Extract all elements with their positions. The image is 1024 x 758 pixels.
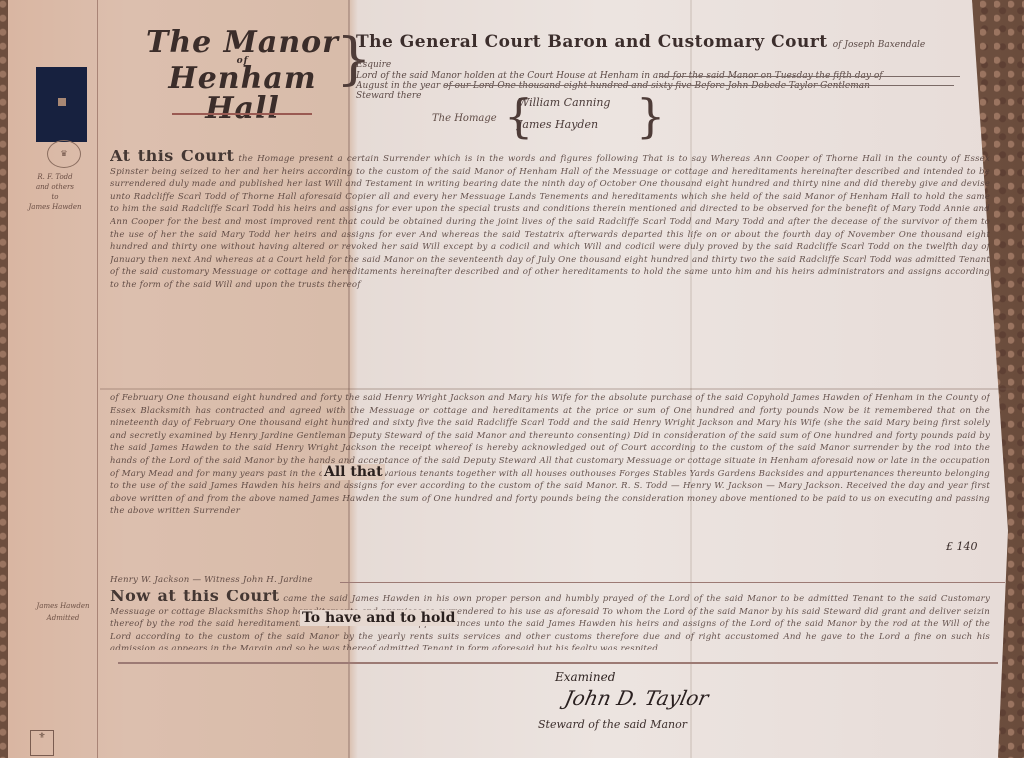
margin-admitted-label: Admitted: [28, 612, 98, 624]
margin-rule: [97, 0, 98, 758]
margin-note-line: James Hawden: [20, 202, 90, 212]
examined-label: Examined: [555, 670, 615, 684]
now-at-this-court-heading: Now at this Court: [110, 590, 280, 605]
margin-admitted-note: James Hawden Admitted: [28, 600, 98, 624]
surrender-terms: of February One thousand eight hundred a…: [110, 392, 990, 572]
surrender-text: of February One thousand eight hundred a…: [110, 393, 990, 516]
brace-icon: }: [636, 88, 665, 144]
witness-line: Henry W. Jackson — Witness John H. Jardi…: [110, 574, 410, 586]
steward-signature: John D. Taylor: [562, 686, 710, 710]
margin-note: R. F. Todd and others to James Hawden: [20, 172, 90, 212]
manor-title-line1: The Manor: [146, 25, 339, 60]
margin-note-line: to: [20, 192, 90, 202]
surrender-recital: At this Court the Homage present a certa…: [110, 150, 990, 388]
stamp-center: [58, 98, 66, 106]
homage-name: William Canning: [518, 92, 610, 114]
court-title: The General Court Baron and Customary Co…: [356, 32, 828, 52]
consideration-amount: £ 140: [946, 540, 978, 553]
margin-note-line: R. F. Todd: [20, 172, 90, 182]
homage-label: The Homage: [432, 113, 497, 124]
habendum-text: the said hereditaments and premises with…: [110, 619, 990, 650]
recital-text: the Homage present a certain Surrender w…: [110, 154, 990, 290]
manor-title: The Manor of Henham Hall: [140, 28, 345, 124]
all-that-heading: All that: [322, 464, 385, 480]
closing-rule: [118, 662, 998, 664]
fold-line: [100, 388, 1014, 390]
steward-title: Steward of the said Manor: [538, 718, 687, 731]
margin-admitted-name: James Hawden: [28, 600, 98, 612]
header-rule: [660, 76, 960, 77]
small-stamp-icon: ⚜: [30, 730, 54, 756]
title-underline: [172, 113, 312, 115]
section-rule: [340, 582, 1005, 583]
margin-note-line: and others: [20, 182, 90, 192]
at-this-court-heading: At this Court: [110, 150, 234, 165]
admission-text: Now at this Court came the said James Ha…: [110, 590, 990, 650]
to-have-and-to-hold-heading: To have and to hold: [300, 610, 457, 626]
embossed-stamp-icon: ♛: [47, 140, 81, 168]
homage-names: William Canning James Hayden: [518, 92, 610, 136]
homage-name: James Hayden: [518, 114, 610, 136]
header-rule: [444, 85, 954, 86]
manor-title-line2: Henham Hall: [168, 61, 316, 126]
